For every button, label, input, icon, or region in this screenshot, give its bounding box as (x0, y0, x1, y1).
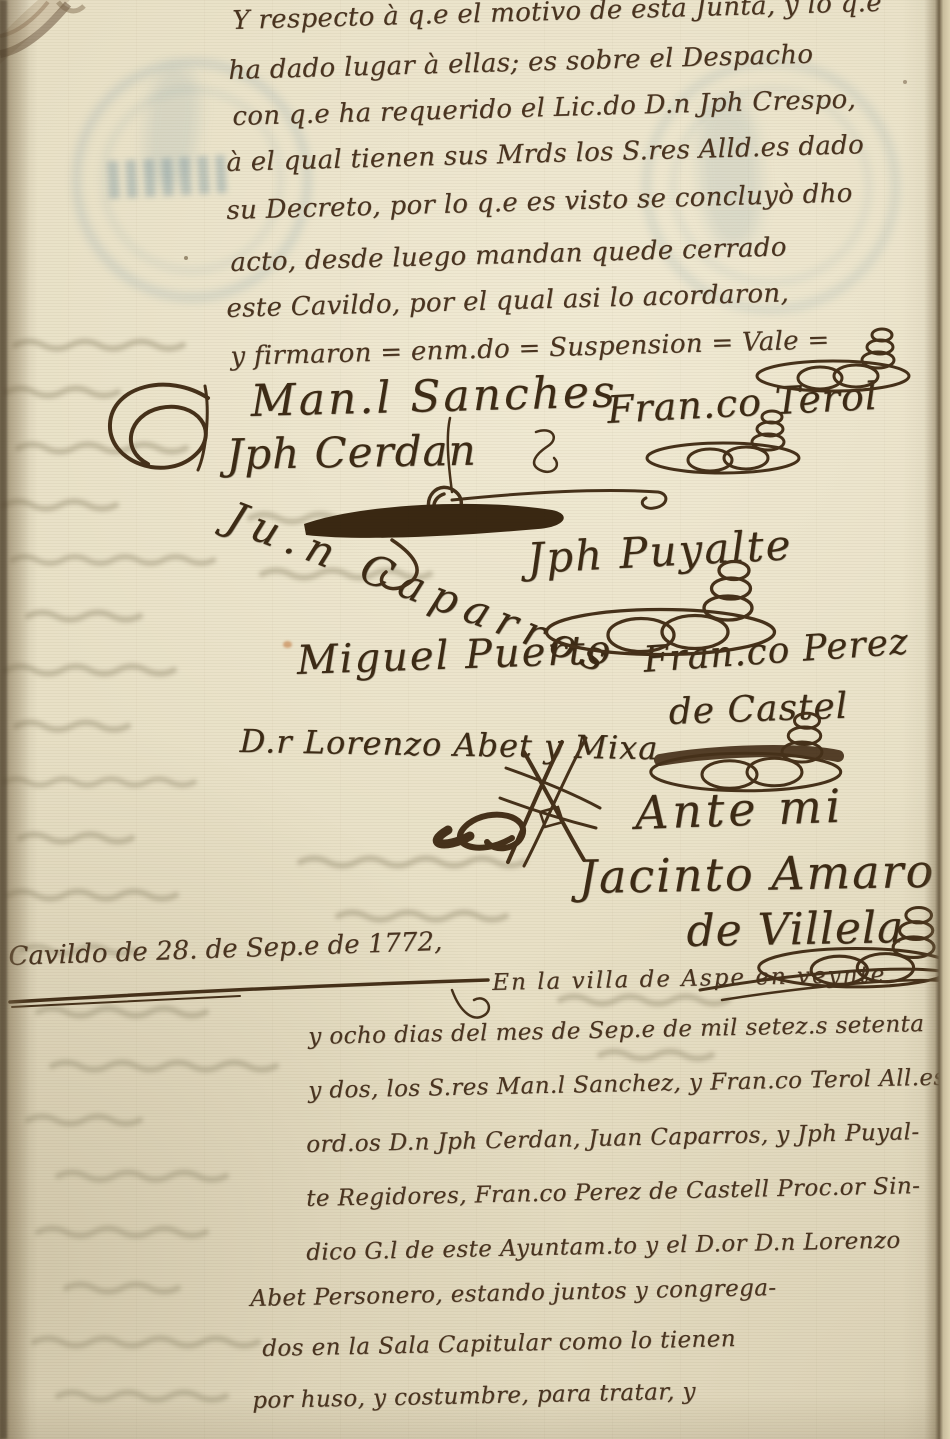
entry2-line-4: ord.os D.n Jph Cerdan, Juan Caparros, y … (306, 1119, 920, 1158)
signature-cerdan: Jph Cerdan (226, 426, 477, 479)
notary-name-line1: Jacinto Amaro (578, 844, 936, 904)
rubric-sanches-curl (534, 430, 557, 471)
notary-name-line2: de Villela (686, 902, 905, 957)
entry2-line-9: por huso, y costumbre, para tratar, y (252, 1379, 696, 1414)
page-edge-left (0, 0, 30, 1439)
entry1-line-8: y firmaron = enm.do = Suspension = Vale … (230, 325, 830, 372)
notary-ante-mi: Ante mi (634, 779, 845, 840)
entry2-line-1: En la villa de Aspe en veynte (492, 962, 887, 996)
entry2-line-2: y ocho dias del mes de Sep.e de mil sete… (308, 1011, 925, 1050)
entry1-line-6: acto, desde luego mandan quede cerrado (230, 232, 787, 278)
page-edge-left-dark (0, 0, 7, 1439)
page-edge-right (924, 0, 950, 1439)
margin-heading: Cavildo de 28. de Sep.e de 1772, (8, 927, 443, 972)
signature-perez-line1: Fran.co Perez (642, 621, 910, 680)
rubric-perez-bar (660, 751, 838, 760)
signature-puyalte: Jph Puyalte (526, 520, 794, 583)
signature-abet: D.r Lorenzo Abet y Mixa (239, 722, 658, 767)
stamp-ghost-left-smudge (140, 64, 204, 189)
entry1-line-5: su Decreto, por lo q.e es visto se concl… (226, 179, 853, 226)
entry1-line-3: con q.e ha requerido el Lic.do D.n Jph C… (232, 85, 856, 132)
signature-perez-line2: de Castel (668, 686, 849, 733)
manuscript-page: Y respecto à q.e el motivo de esta Junta… (0, 0, 950, 1439)
signature-puerto: Miguel Puerto (296, 627, 613, 684)
entry2-line-6: dico G.l de este Ayuntam.to y el D.or D.… (306, 1228, 901, 1266)
signature-sanches: Man.l Sanches (250, 366, 618, 427)
entry2-line-8: dos en la Sala Capitular como lo tienen (262, 1326, 736, 1362)
entry1-line-2: ha dado lugar à ellas; es sobre el Despa… (228, 40, 814, 86)
entry1-line-1: Y respecto à q.e el motivo de esta Junta… (232, 0, 882, 36)
corner-fold (0, 0, 84, 64)
entry1-line-4: à el qual tienen sus Mrds los S.res Alld… (226, 130, 864, 178)
ink-speck (903, 80, 907, 84)
entry2-line-3: y dos, los S.res Man.l Sanchez, y Fran.c… (308, 1065, 946, 1104)
rubric-initial-paraph (110, 385, 208, 470)
entry1-line-7: este Cavildo, por el qual asi lo acordar… (226, 278, 789, 324)
ink-speck (184, 256, 188, 260)
heading-underline (10, 980, 489, 1018)
signature-terol: Fran.co Terol (606, 374, 879, 432)
stamp-ghost-left-lettering (107, 155, 227, 199)
foxing-spot (283, 641, 292, 648)
entry2-line-7: Abet Personero, estando juntos y congreg… (250, 1275, 777, 1312)
entry2-line-5: te Regidores, Fran.co Perez de Castell P… (306, 1173, 921, 1212)
